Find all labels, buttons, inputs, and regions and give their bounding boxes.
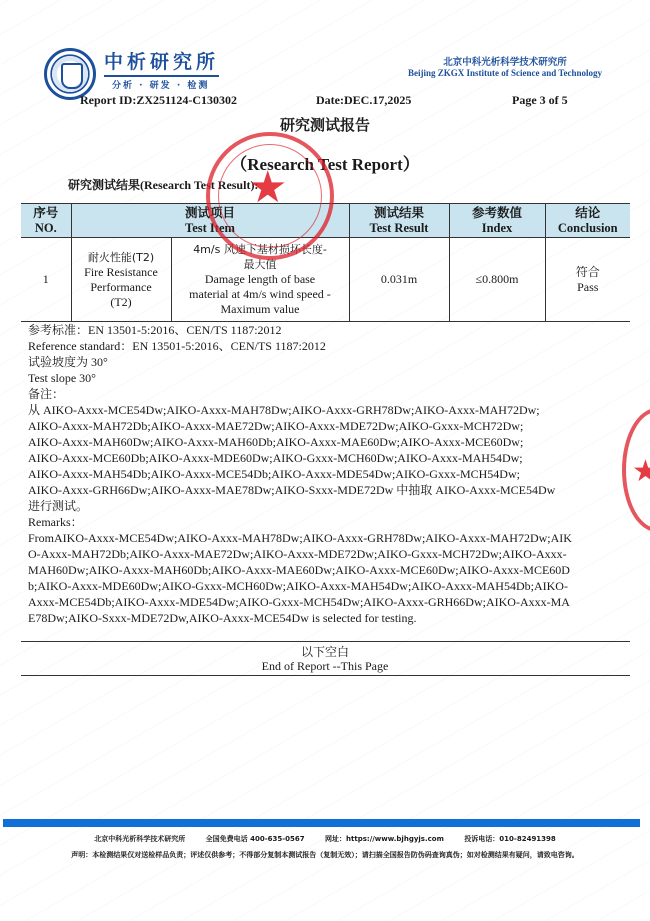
divider	[21, 675, 630, 676]
remarks-en-line: E78Dw;AIKO-Sxxx-MDE72Dw,AIKO-Axxx-MCE54D…	[28, 610, 628, 626]
remarks-cn-line: AIKO-Axxx-MCE60Db;AIKO-Axxx-MDE60Dw;AIKO…	[28, 450, 628, 466]
remarks-en-line: O-Axxx-MAH72Db;AIKO-Axxx-MAE72Dw;AIKO-Ax…	[28, 546, 628, 562]
test-slope-en: Test slope 30°	[28, 370, 628, 386]
item-en-2: material at 4m/s wind speed -	[172, 287, 349, 302]
category-cn: 耐火性能(T2)	[72, 250, 171, 265]
header-no: 序号 NO.	[21, 204, 71, 238]
footer-website[interactable]: 网址：https://www.bjhgyjs.com	[325, 835, 444, 843]
footer-hotline: 全国免费电话 400-635-0567	[206, 835, 305, 843]
conclusion-en: Pass	[546, 280, 631, 295]
header-test-result-cn: 测试结果	[350, 206, 449, 221]
divider	[21, 641, 630, 642]
header-test-item: 测试项目 Test Item	[71, 204, 349, 238]
cell-category: 耐火性能(T2) Fire Resistance Performance (T2…	[71, 238, 171, 322]
remarks-en-label: Remarks：	[28, 514, 628, 530]
item-en-3: Maximum value	[172, 302, 349, 317]
test-slope-cn: 试验坡度为 30°	[28, 354, 628, 370]
remarks-en-line: b;AIKO-Axxx-MDE60Dw;AIKO-Gxxx-MCH60Dw;AI…	[28, 578, 628, 594]
header-no-cn: 序号	[21, 206, 71, 221]
report-title-en: （Research Test Report）	[0, 150, 650, 175]
cell-conclusion: 符合 Pass	[545, 238, 630, 322]
footer-declaration: 声明：本检测结果仅对送检样品负责；评述仅供参考；不得部分复制本测试报告（复制无效…	[0, 850, 650, 860]
cell-test-item: 4m/s 风速下基材损坏长度- 最大值 Damage length of bas…	[171, 238, 349, 322]
remarks-cn-line: 从 AIKO-Axxx-MCE54Dw;AIKO-Axxx-MAH78Dw;AI…	[28, 402, 628, 418]
end-of-report-en: End of Report --This Page	[0, 659, 650, 674]
header-index: 参考数值 Index	[449, 204, 545, 238]
section-title: 研究测试结果(Research Test Result):	[68, 176, 258, 193]
remarks-cn-line: AIKO-Axxx-MAH72Db;AIKO-Axxx-MAE72Dw;AIKO…	[28, 418, 628, 434]
item-cn-2: 最大值	[172, 257, 349, 272]
category-en-2: Performance	[72, 280, 171, 295]
conclusion-cn: 符合	[546, 265, 631, 280]
remarks-en-line: Axxx-MCE54Db;AIKO-Axxx-MDE54Dw;AIKO-Gxxx…	[28, 594, 628, 610]
institute-name-cn: 北京中科光析科学技术研究所	[380, 54, 630, 68]
star-icon: ★	[632, 454, 650, 489]
header-test-item-cn: 测试项目	[72, 206, 349, 221]
item-en-1: Damage length of base	[172, 272, 349, 287]
logo-title: 中析研究所	[104, 50, 219, 77]
header-test-result-en: Test Result	[350, 221, 449, 236]
reference-standard-cn: 参考标准：EN 13501-5:2016、CEN/TS 1187:2012	[28, 322, 628, 338]
category-en-1: Fire Resistance	[72, 265, 171, 280]
report-meta: Report ID:ZX251124-C130302 Date:DEC.17,2…	[0, 93, 650, 109]
remarks-cn-line: AIKO-Axxx-MAH54Db;AIKO-Axxx-MCE54Db;AIKO…	[28, 466, 628, 482]
remarks-cn-label: 备注：	[28, 386, 628, 402]
remarks-cn-line: AIKO-Axxx-GRH66Dw;AIKO-Axxx-MAE78Dw;AIKO…	[28, 482, 628, 498]
header-conclusion-en: Conclusion	[546, 221, 631, 236]
notes-section: 参考标准：EN 13501-5:2016、CEN/TS 1187:2012 Re…	[28, 322, 628, 626]
table-header-row: 序号 NO. 测试项目 Test Item 测试结果 Test Result 参…	[21, 204, 630, 238]
header-index-en: Index	[450, 221, 545, 236]
report-date: Date:DEC.17,2025	[316, 93, 411, 108]
footer-bar	[3, 819, 640, 827]
page-number: Page 3 of 5	[512, 93, 568, 108]
cell-test-result: 0.031m	[349, 238, 449, 322]
item-cn-1: 4m/s 风速下基材损坏长度-	[172, 242, 349, 257]
cell-no: 1	[21, 238, 71, 322]
category-en-3: (T2)	[72, 295, 171, 310]
footer-info: 北京中科光析科学技术研究所 全国免费电话 400-635-0567 网址：htt…	[0, 834, 650, 844]
header-conclusion: 结论 Conclusion	[545, 204, 630, 238]
reference-standard-en: Reference standard：EN 13501-5:2016、CEN/T…	[28, 338, 628, 354]
header-test-item-en: Test Item	[72, 221, 349, 236]
footer-complaint-phone: 投诉电话：010-82491398	[464, 835, 555, 843]
header-index-cn: 参考数值	[450, 206, 545, 221]
header-no-en: NO.	[21, 221, 71, 236]
report-title-cn: 研究测试报告	[0, 114, 650, 135]
table-row: 1 耐火性能(T2) Fire Resistance Performance (…	[21, 238, 630, 322]
cell-index: ≤0.800m	[449, 238, 545, 322]
remarks-cn-line: AIKO-Axxx-MAH60Dw;AIKO-Axxx-MAH60Db;AIKO…	[28, 434, 628, 450]
logo-subtitle: 分析 · 研发 · 检测	[112, 78, 209, 91]
footer-institute: 北京中科光析科学技术研究所	[94, 835, 185, 843]
end-of-report-cn: 以下空白	[0, 643, 650, 660]
header-test-result: 测试结果 Test Result	[349, 204, 449, 238]
report-id: Report ID:ZX251124-C130302	[80, 93, 237, 108]
remarks-en-line: FromAIKO-Axxx-MCE54Dw;AIKO-Axxx-MAH78Dw;…	[28, 530, 628, 546]
remarks-en-line: MAH60Dw;AIKO-Axxx-MAH60Db;AIKO-Axxx-MAE6…	[28, 562, 628, 578]
results-table: 序号 NO. 测试项目 Test Item 测试结果 Test Result 参…	[21, 203, 630, 322]
remarks-cn-line: 进行测试。	[28, 498, 628, 514]
header-conclusion-cn: 结论	[546, 206, 631, 221]
institute-name-en: Beijing ZKGX Institute of Science and Te…	[380, 68, 630, 78]
